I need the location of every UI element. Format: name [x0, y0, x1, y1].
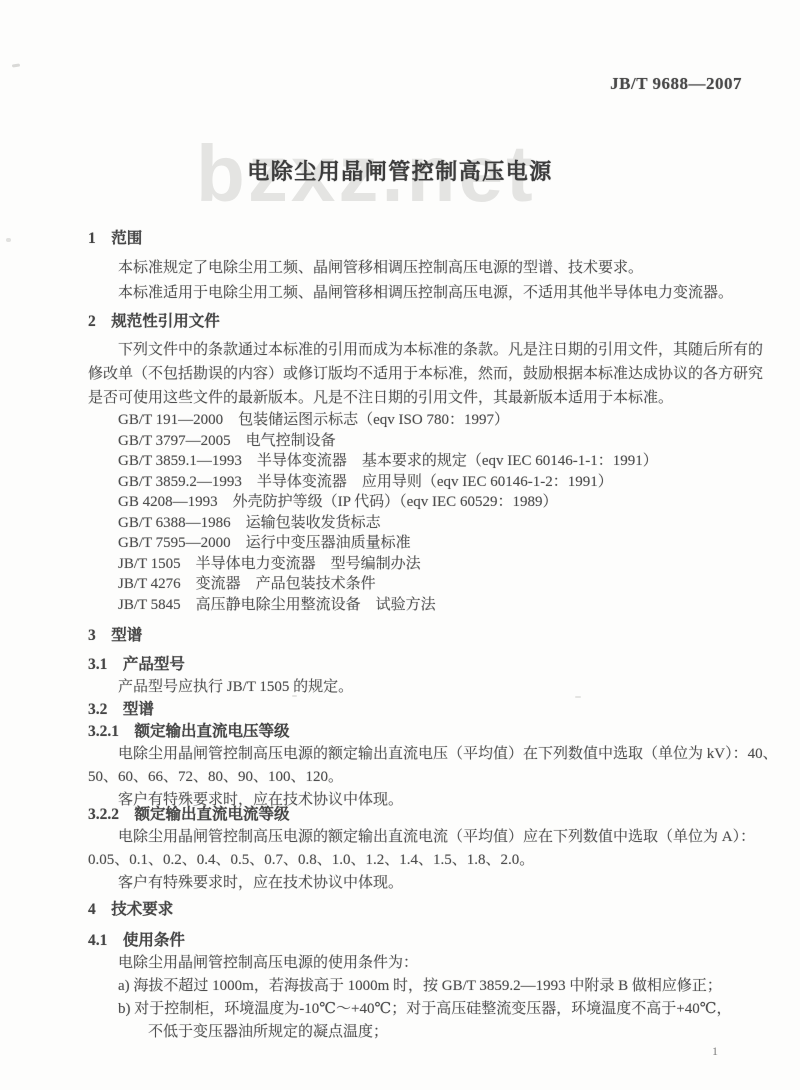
document-body: 1 范围 本标准规定了电除尘用工频、晶闸管移相调压控制高压电源的型谱、技术要求。… [88, 228, 756, 1044]
section-1-paragraph: 本标准适用于电除尘用工频、晶闸管移相调压控制高压电源，不适用其他半导体电力变流器… [88, 281, 756, 306]
condition-item-a: a) 海拔不超过 1000m，若海拔高于 1000m 时，按 GB/T 3859… [88, 975, 756, 998]
reference-item: GB/T 7595—2000 运行中变压器油质量标准 [88, 533, 756, 554]
section-2-intro-line: 下列文件中的条款通过本标准的引用而成为本标准的条款。凡是注日期的引用文件，其随后… [88, 338, 756, 362]
section-3-2-2-heading: 3.2.2 额定输出直流电流等级 [88, 804, 756, 826]
section-3-heading: 3 型谱 [88, 625, 756, 647]
scan-artifact [12, 63, 20, 67]
reference-item: GB 4208—1993 外壳防护等级（IP 代码）（eqv IEC 60529… [88, 492, 756, 513]
section-3-1-heading: 3.1 产品型号 [88, 654, 756, 676]
page-number: 1 [712, 1044, 718, 1059]
section-3-2-1-paragraph: 50、60、66、72、80、90、100、120。 [88, 766, 756, 789]
section-4: 4 技术要求 4.1 使用条件 电除尘用晶闸管控制高压电源的使用条件为： a) … [88, 899, 756, 1044]
section-3-2-2-paragraph: 电除尘用晶闸管控制高压电源的额定输出直流电流（平均值）应在下列数值中选取（单位为… [88, 826, 756, 849]
reference-item: GB/T 191—2000 包装储运图示标志（eqv ISO 780：1997） [88, 410, 756, 431]
section-3-2-2-paragraph: 客户有特殊要求时，应在技术协议中体现。 [88, 872, 756, 895]
section-3-1-paragraph: 产品型号应执行 JB/T 1505 的规定。 [88, 676, 756, 699]
condition-item-b-continued: 不低于变压器油所规定的凝点温度； [88, 1021, 756, 1044]
reference-item: JB/T 5845 高压静电除尘用整流设备 试验方法 [88, 595, 756, 616]
document-page: JB/T 9688—2007 bzxz.net 电除尘用晶闸管控制高压电源 1 … [0, 0, 800, 1090]
section-1-paragraph: 本标准规定了电除尘用工频、晶闸管移相调压控制高压电源的型谱、技术要求。 [88, 256, 756, 281]
section-2-intro-line: 是否可使用这些文件的最新版本。凡是不注日期的引用文件，其最新版本适用于本标准。 [88, 386, 756, 410]
page-title: 电除尘用晶闸管控制高压电源 [0, 155, 800, 186]
section-1-heading: 1 范围 [88, 228, 756, 250]
reference-item: JB/T 4276 变流器 产品包装技术条件 [88, 574, 756, 595]
section-4-heading: 4 技术要求 [88, 899, 756, 921]
reference-item: GB/T 3797—2005 电气控制设备 [88, 431, 756, 452]
condition-item-b: b) 对于控制柜，环境温度为-10℃～+40℃；对于高压硅整流变压器，环境温度不… [88, 998, 756, 1021]
section-3-2-heading: 3.2 型谱 [88, 699, 756, 721]
doc-number: JB/T 9688—2007 [610, 74, 742, 94]
scan-artifact [6, 238, 11, 242]
section-3-2-1-heading: 3.2.1 额定输出直流电压等级 [88, 721, 756, 743]
section-3: 3 型谱 3.1 产品型号 产品型号应执行 JB/T 1505 的规定。 3.2… [88, 625, 756, 895]
reference-item: GB/T 6388—1986 运输包装收发货标志 [88, 513, 756, 534]
section-3-2-1-paragraph: 电除尘用晶闸管控制高压电源的额定输出直流电压（平均值）在下列数值中选取（单位为 … [88, 743, 756, 766]
section-3-2-2-paragraph: 0.05、0.1、0.2、0.4、0.5、0.7、0.8、1.0、1.2、1.4… [88, 849, 756, 872]
reference-item: JB/T 1505 半导体电力变流器 型号编制办法 [88, 554, 756, 575]
reference-item: GB/T 3859.2—1993 半导体变流器 应用导则（eqv IEC 601… [88, 472, 756, 493]
section-2-intro-line: 修改单（不包括勘误的内容）或修订版均不适用于本标准，然而，鼓励根据本标准达成协议… [88, 362, 756, 386]
section-4-1-heading: 4.1 使用条件 [88, 930, 756, 952]
reference-item: GB/T 3859.1—1993 半导体变流器 基本要求的规定（eqv IEC … [88, 451, 756, 472]
section-2-heading: 2 规范性引用文件 [88, 311, 756, 333]
section-4-1-paragraph: 电除尘用晶闸管控制高压电源的使用条件为： [88, 952, 756, 975]
